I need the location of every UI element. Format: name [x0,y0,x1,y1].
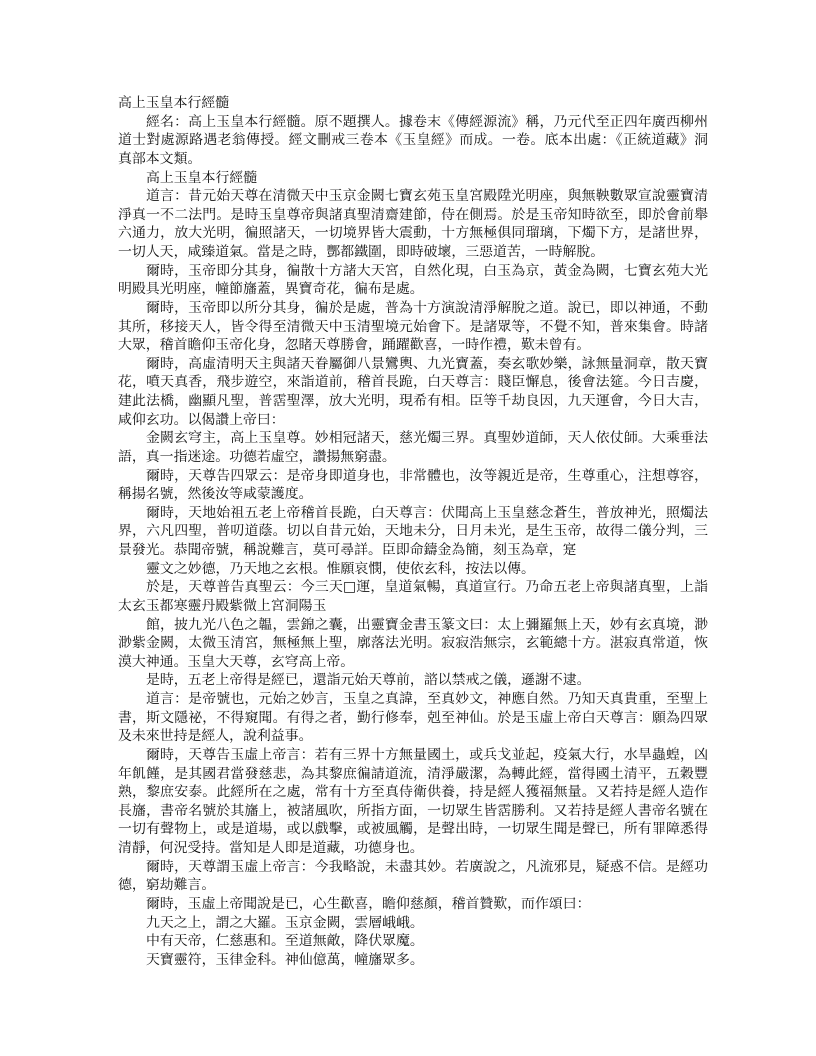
paragraph: 爾時，天尊謂玉虛上帝言：今我略說，未盡其妙。若廣說之，凡流邪見，疑惑不信。是經功… [118,858,708,895]
document-title: 高上玉皇本行經髓 [118,94,708,113]
paragraph: 爾時，天地始祖五老上帝稽首長跪，白天尊言：伏聞高上玉皇慈念蒼生，普放神光，照燭法… [118,504,708,560]
verse-paragraph: 金闕玄穹主，高上玉皇尊。妙相冠諸天，慈光燭三界。真聖妙道師，天人依仗師。大乘垂法… [118,429,708,466]
paragraph: 館，披九光八色之韞，雲錦之囊，出靈寶金書玉篆文曰：太上彌羅無上天，妙有玄真境，渺… [118,616,708,672]
paragraph: 爾時，玉帝即分其身，徧散十方諸大天宮，自然化現，白玉為京，黃金為闕，七寶玄苑大光… [118,262,708,299]
paragraph: 爾時，高虛清明天主與諸天眷屬御八景鸞輿、九光寶蓋，奏玄歌妙樂，詠無量洞章，散天寶… [118,355,708,430]
paragraph: 爾時，玉帝即以所分其身，徧於是處，普為十方演說清淨解脫之道。說已，即以神通，不動… [118,299,708,355]
paragraph: 是時，五老上帝得是經已，還詣元始天尊前，諮以禁戒之儀，遜謝不逮。 [118,671,708,690]
document-page: 高上玉皇本行經髓 經名：高上玉皇本行經髓。原不題撰人。據卷末《傳經源流》稱，乃元… [118,94,708,969]
paragraph: 爾時，天尊告玉虛上帝言：若有三界十方無量國土，或兵戈並起，疫氣大行，水旱蟲蝗，凶… [118,746,708,858]
paragraph: 靈文之妙德，乃天地之玄根。惟願哀憫，使依玄科，按法以傳。 [118,560,708,579]
verse-line: 中有天帝，仁慈惠和。至道無敵，降伏眾魔。 [118,932,708,951]
scripture-heading: 高上玉皇本行經髓 [118,169,708,188]
paragraph: 爾時，天尊告四眾云：是帝身即道身也，非常體也，汝等親近是帝，生尊重心，注想尊容，… [118,467,708,504]
verse-line: 九天之上，謂之大羅。玉京金闕，雲層峨峨。 [118,914,708,933]
paragraph: 爾時，玉虛上帝聞說是已，心生歡喜，瞻仰慈顏，稽首贊歎，而作頌曰： [118,895,708,914]
paragraph: 道言：是帝號也，元始之妙言，玉皇之真諱，至真妙文，神應自然。乃知天真貴重，至聖上… [118,690,708,746]
paragraph: 於是，天尊普告真聖云：今三天□運，皇道氣暢，真道宣行。乃命五老上帝與諸真聖，上詣… [118,578,708,615]
scripture-description: 經名：高上玉皇本行經髓。原不題撰人。據卷末《傳經源流》稱，乃元代至正四年廣西柳州… [118,113,708,169]
paragraph: 道言：昔元始天尊在清微天中玉京金闕七寶玄苑玉皇宮殿陞光明座，與無鞅數眾宣說靈寶清… [118,187,708,262]
verse-line: 天寶靈符，玉律金科。神仙億萬，幢旛眾多。 [118,951,708,970]
